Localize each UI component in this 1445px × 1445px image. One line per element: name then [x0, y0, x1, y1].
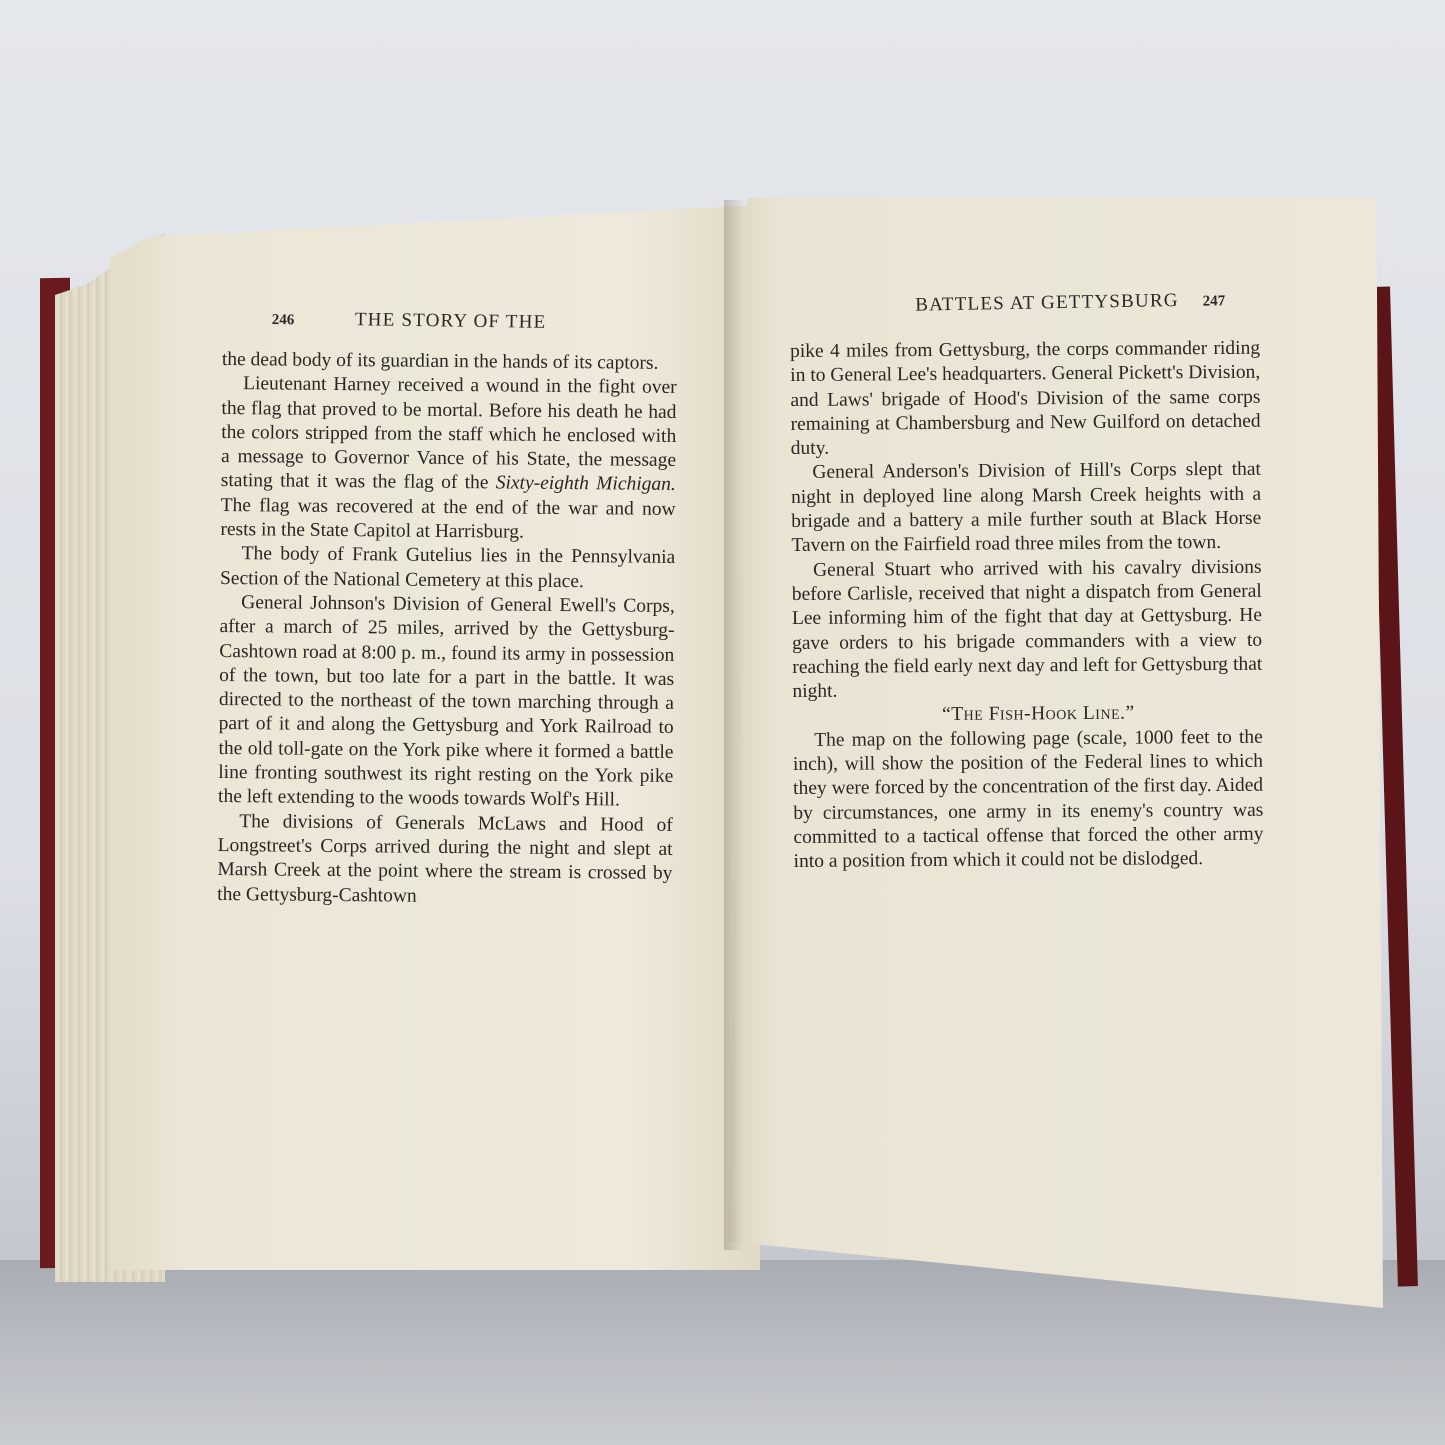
book-gutter: [724, 200, 744, 1250]
paragraph: Lieutenant Harney received a wound in th…: [220, 372, 676, 546]
paragraph: General Johnson's Division of General Ew…: [218, 591, 675, 814]
paragraph: General Stuart who arrived with his cava…: [792, 555, 1263, 704]
left-page-body: the dead body of its guardian in the han…: [217, 348, 677, 911]
right-page-body: pike 4 miles from Gettysburg, the corps …: [790, 337, 1264, 875]
paragraph: The body of Frank Gutelius lies in the P…: [220, 542, 675, 595]
right-running-head-title: BATTLES AT GETTYSBURG: [915, 290, 1179, 316]
paragraph: General Anderson's Division of Hill's Co…: [791, 458, 1262, 558]
right-page-number: 247: [1203, 293, 1226, 309]
paragraph: The divisions of Generals McLaws and Hoo…: [217, 810, 673, 911]
section-heading: “The Fish-Hook Line.”: [793, 701, 1263, 729]
paragraph: The map on the following page (scale, 10…: [793, 725, 1264, 874]
left-page-number: 246: [272, 312, 295, 328]
left-running-head-title: THE STORY OF THE: [355, 309, 547, 333]
italic-regiment-name: Sixty-eighth Michigan.: [496, 473, 676, 496]
paragraph: pike 4 miles from Gettysburg, the corps …: [790, 337, 1261, 462]
